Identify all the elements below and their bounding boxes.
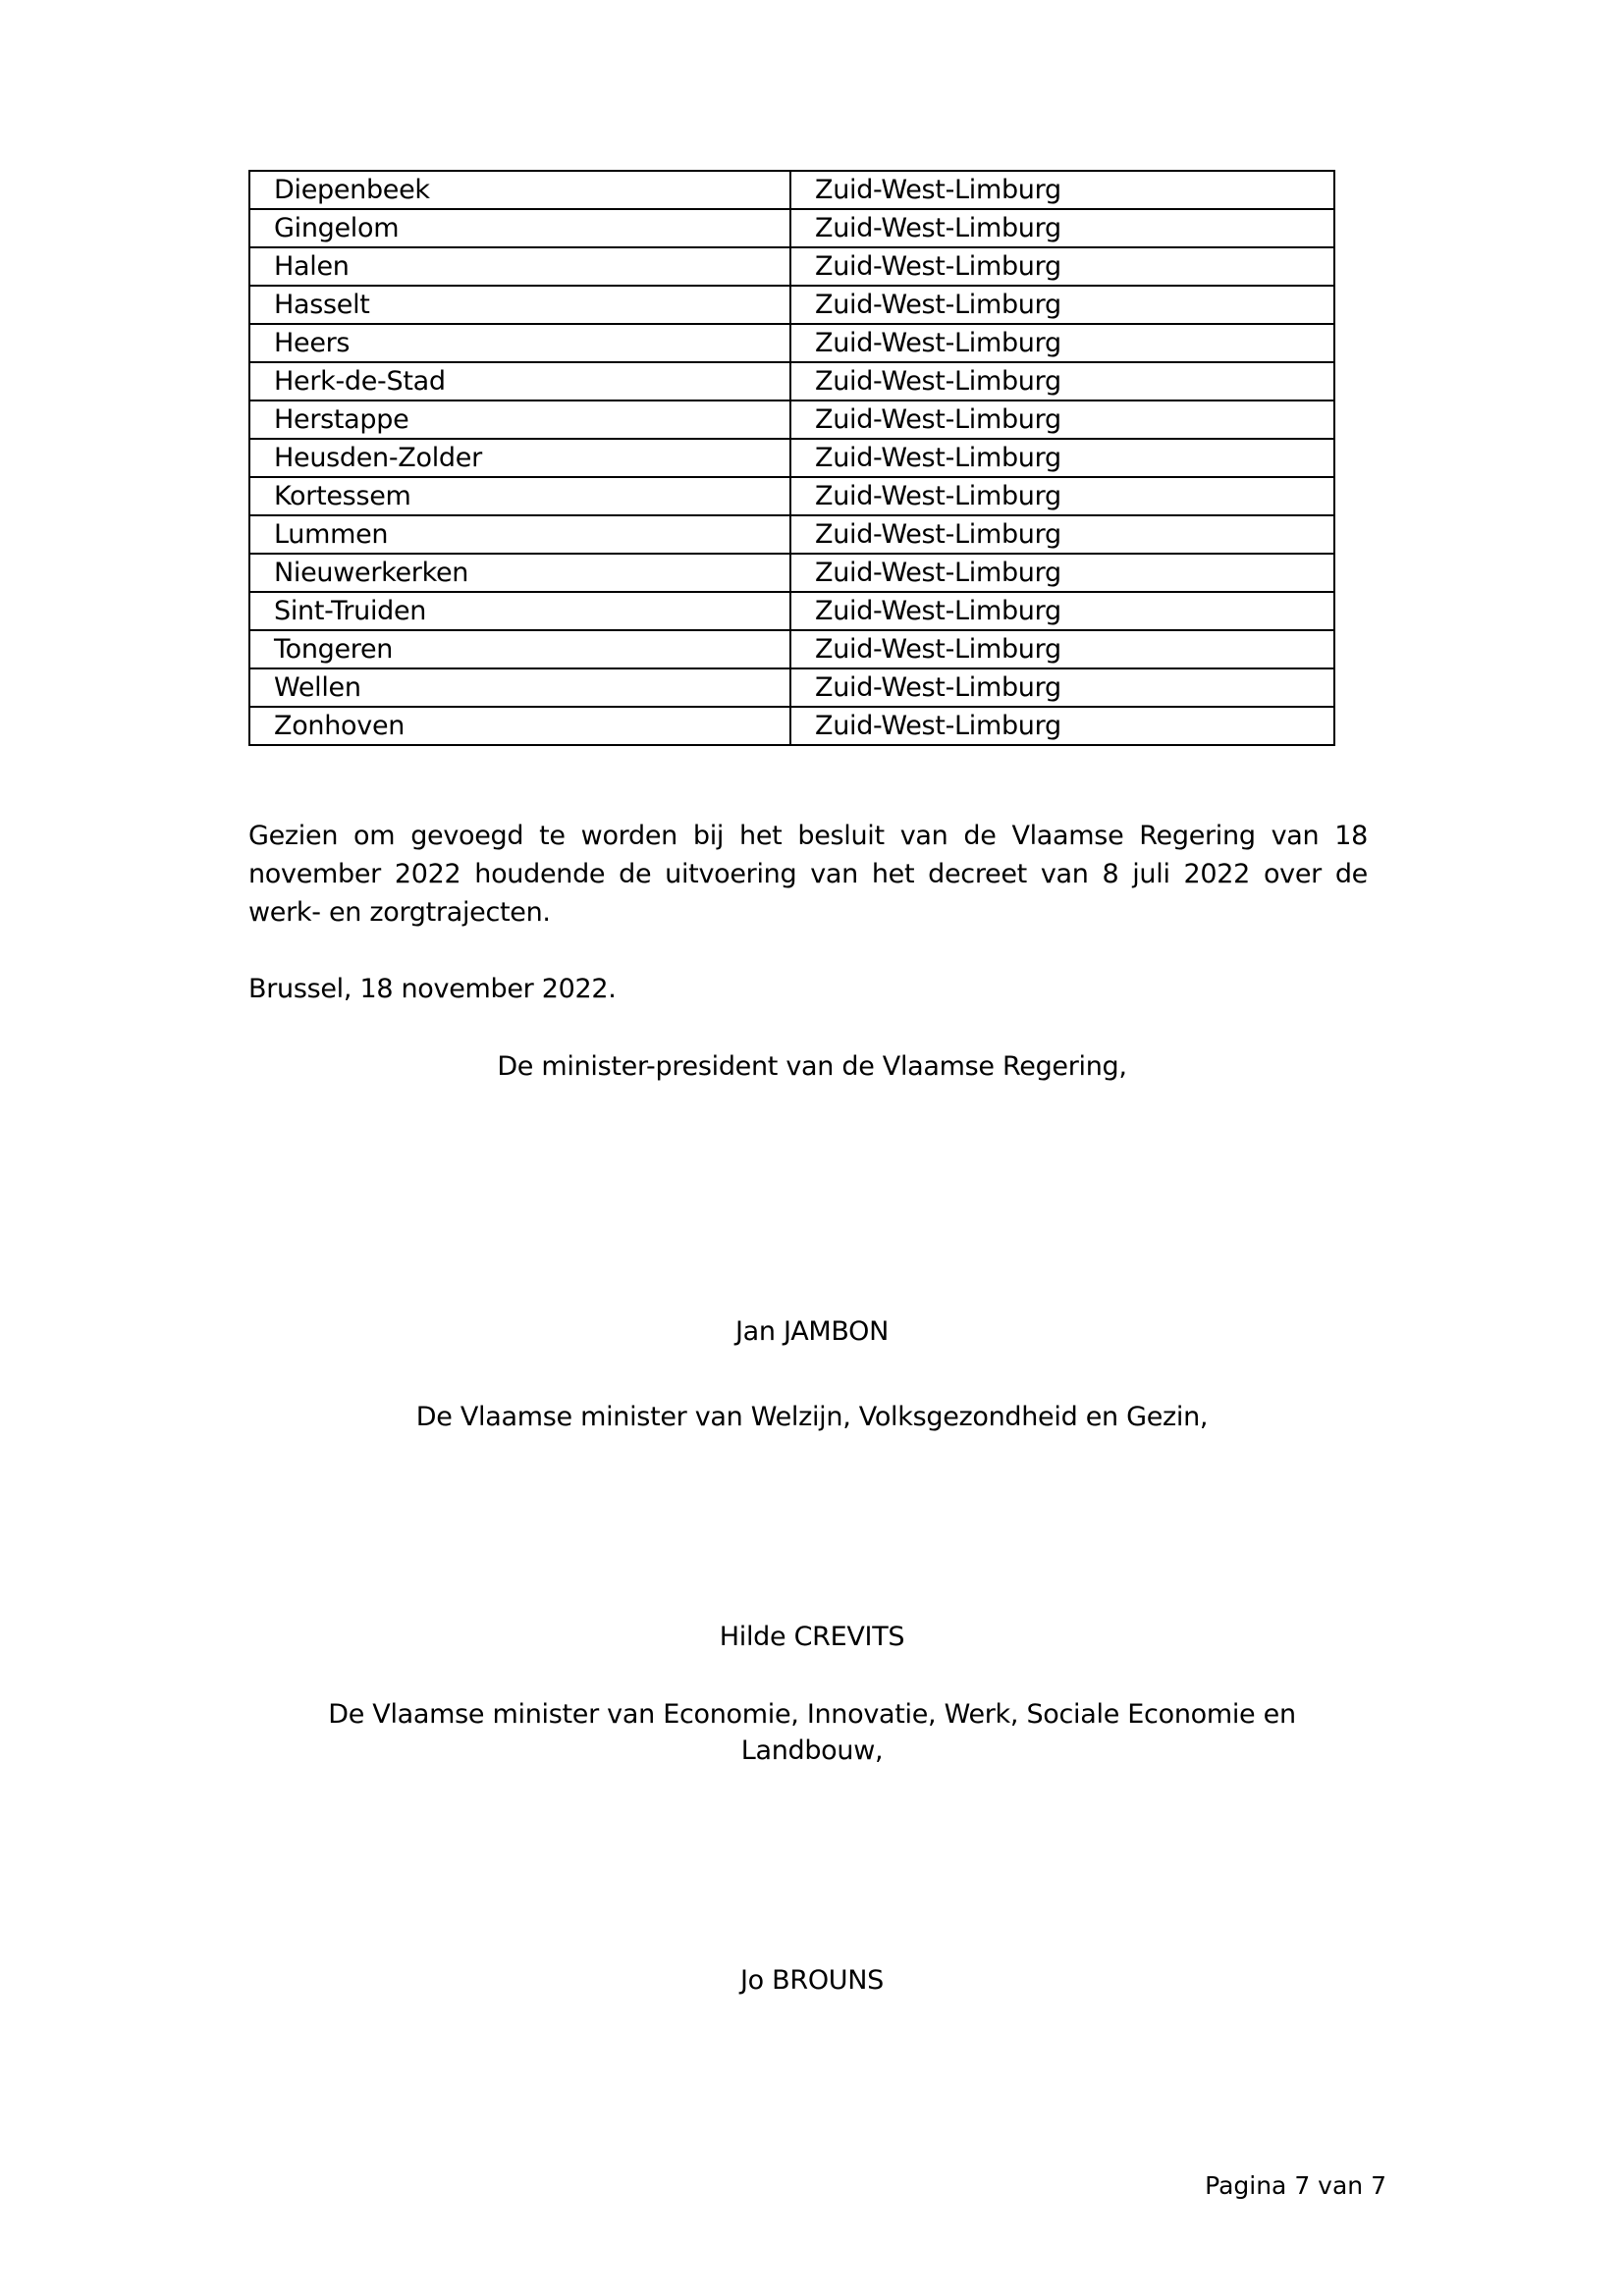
municipality-cell: Sint-Truiden [249,592,790,630]
municipality-cell: Lummen [249,515,790,554]
signatory-name-brouns: Jo BROUNS [0,1961,1624,2000]
table-row: NieuwerkerkenZuid-West-Limburg [249,554,1334,592]
table-row: TongerenZuid-West-Limburg [249,630,1334,668]
municipality-cell: Tongeren [249,630,790,668]
signatory-title-economie-line1: De Vlaamse minister van Economie, Innova… [0,1695,1624,1734]
closing-line: werk- en zorgtrajecten. [248,893,1368,932]
table-row: HalenZuid-West-Limburg [249,247,1334,286]
table-row: Herk-de-StadZuid-West-Limburg [249,362,1334,400]
page-number: Pagina 7 van 7 [1129,2170,1386,2202]
municipality-cell: Wellen [249,668,790,707]
region-cell: Zuid-West-Limburg [790,286,1334,324]
region-cell: Zuid-West-Limburg [790,630,1334,668]
municipality-region-table: DiepenbeekZuid-West-LimburgGingelomZuid-… [248,170,1335,746]
region-cell: Zuid-West-Limburg [790,171,1334,209]
signatory-title-welzijn: De Vlaamse minister van Welzijn, Volksge… [0,1398,1624,1436]
region-cell: Zuid-West-Limburg [790,209,1334,247]
table-body: DiepenbeekZuid-West-LimburgGingelomZuid-… [249,171,1334,745]
municipality-cell: Heers [249,324,790,362]
table-row: DiepenbeekZuid-West-Limburg [249,171,1334,209]
municipality-cell: Heusden-Zolder [249,439,790,477]
table-row: HerstappeZuid-West-Limburg [249,400,1334,439]
closing-paragraph: Gezien om gevoegd te worden bij het besl… [248,817,1368,932]
municipality-cell: Diepenbeek [249,171,790,209]
table-row: Sint-TruidenZuid-West-Limburg [249,592,1334,630]
municipality-cell: Gingelom [249,209,790,247]
table-row: ZonhovenZuid-West-Limburg [249,707,1334,745]
table-row: Heusden-ZolderZuid-West-Limburg [249,439,1334,477]
region-cell: Zuid-West-Limburg [790,477,1334,515]
closing-line: Gezien om gevoegd te worden bij het besl… [248,817,1368,855]
region-cell: Zuid-West-Limburg [790,592,1334,630]
closing-line: november 2022 houdende de uitvoering van… [248,855,1368,893]
region-cell: Zuid-West-Limburg [790,554,1334,592]
table-row: WellenZuid-West-Limburg [249,668,1334,707]
signatory-title-minister-president: De minister-president van de Vlaamse Reg… [0,1047,1624,1086]
table-row: HeersZuid-West-Limburg [249,324,1334,362]
municipality-cell: Halen [249,247,790,286]
region-cell: Zuid-West-Limburg [790,400,1334,439]
place-date: Brussel, 18 november 2022. [248,970,617,1008]
municipality-cell: Hasselt [249,286,790,324]
table-row: LummenZuid-West-Limburg [249,515,1334,554]
signatory-name-jambon: Jan JAMBON [0,1312,1624,1351]
region-cell: Zuid-West-Limburg [790,515,1334,554]
region-cell: Zuid-West-Limburg [790,247,1334,286]
region-cell: Zuid-West-Limburg [790,707,1334,745]
municipality-cell: Kortessem [249,477,790,515]
municipality-cell: Zonhoven [249,707,790,745]
document-page: DiepenbeekZuid-West-LimburgGingelomZuid-… [0,0,1624,2296]
region-cell: Zuid-West-Limburg [790,668,1334,707]
signatory-title-economie-line2: Landbouw, [0,1732,1624,1770]
signatory-name-crevits: Hilde CREVITS [0,1618,1624,1656]
municipality-cell: Nieuwerkerken [249,554,790,592]
municipality-cell: Herstappe [249,400,790,439]
table-row: KortessemZuid-West-Limburg [249,477,1334,515]
region-cell: Zuid-West-Limburg [790,324,1334,362]
table-row: HasseltZuid-West-Limburg [249,286,1334,324]
table-row: GingelomZuid-West-Limburg [249,209,1334,247]
region-cell: Zuid-West-Limburg [790,439,1334,477]
region-cell: Zuid-West-Limburg [790,362,1334,400]
municipality-cell: Herk-de-Stad [249,362,790,400]
